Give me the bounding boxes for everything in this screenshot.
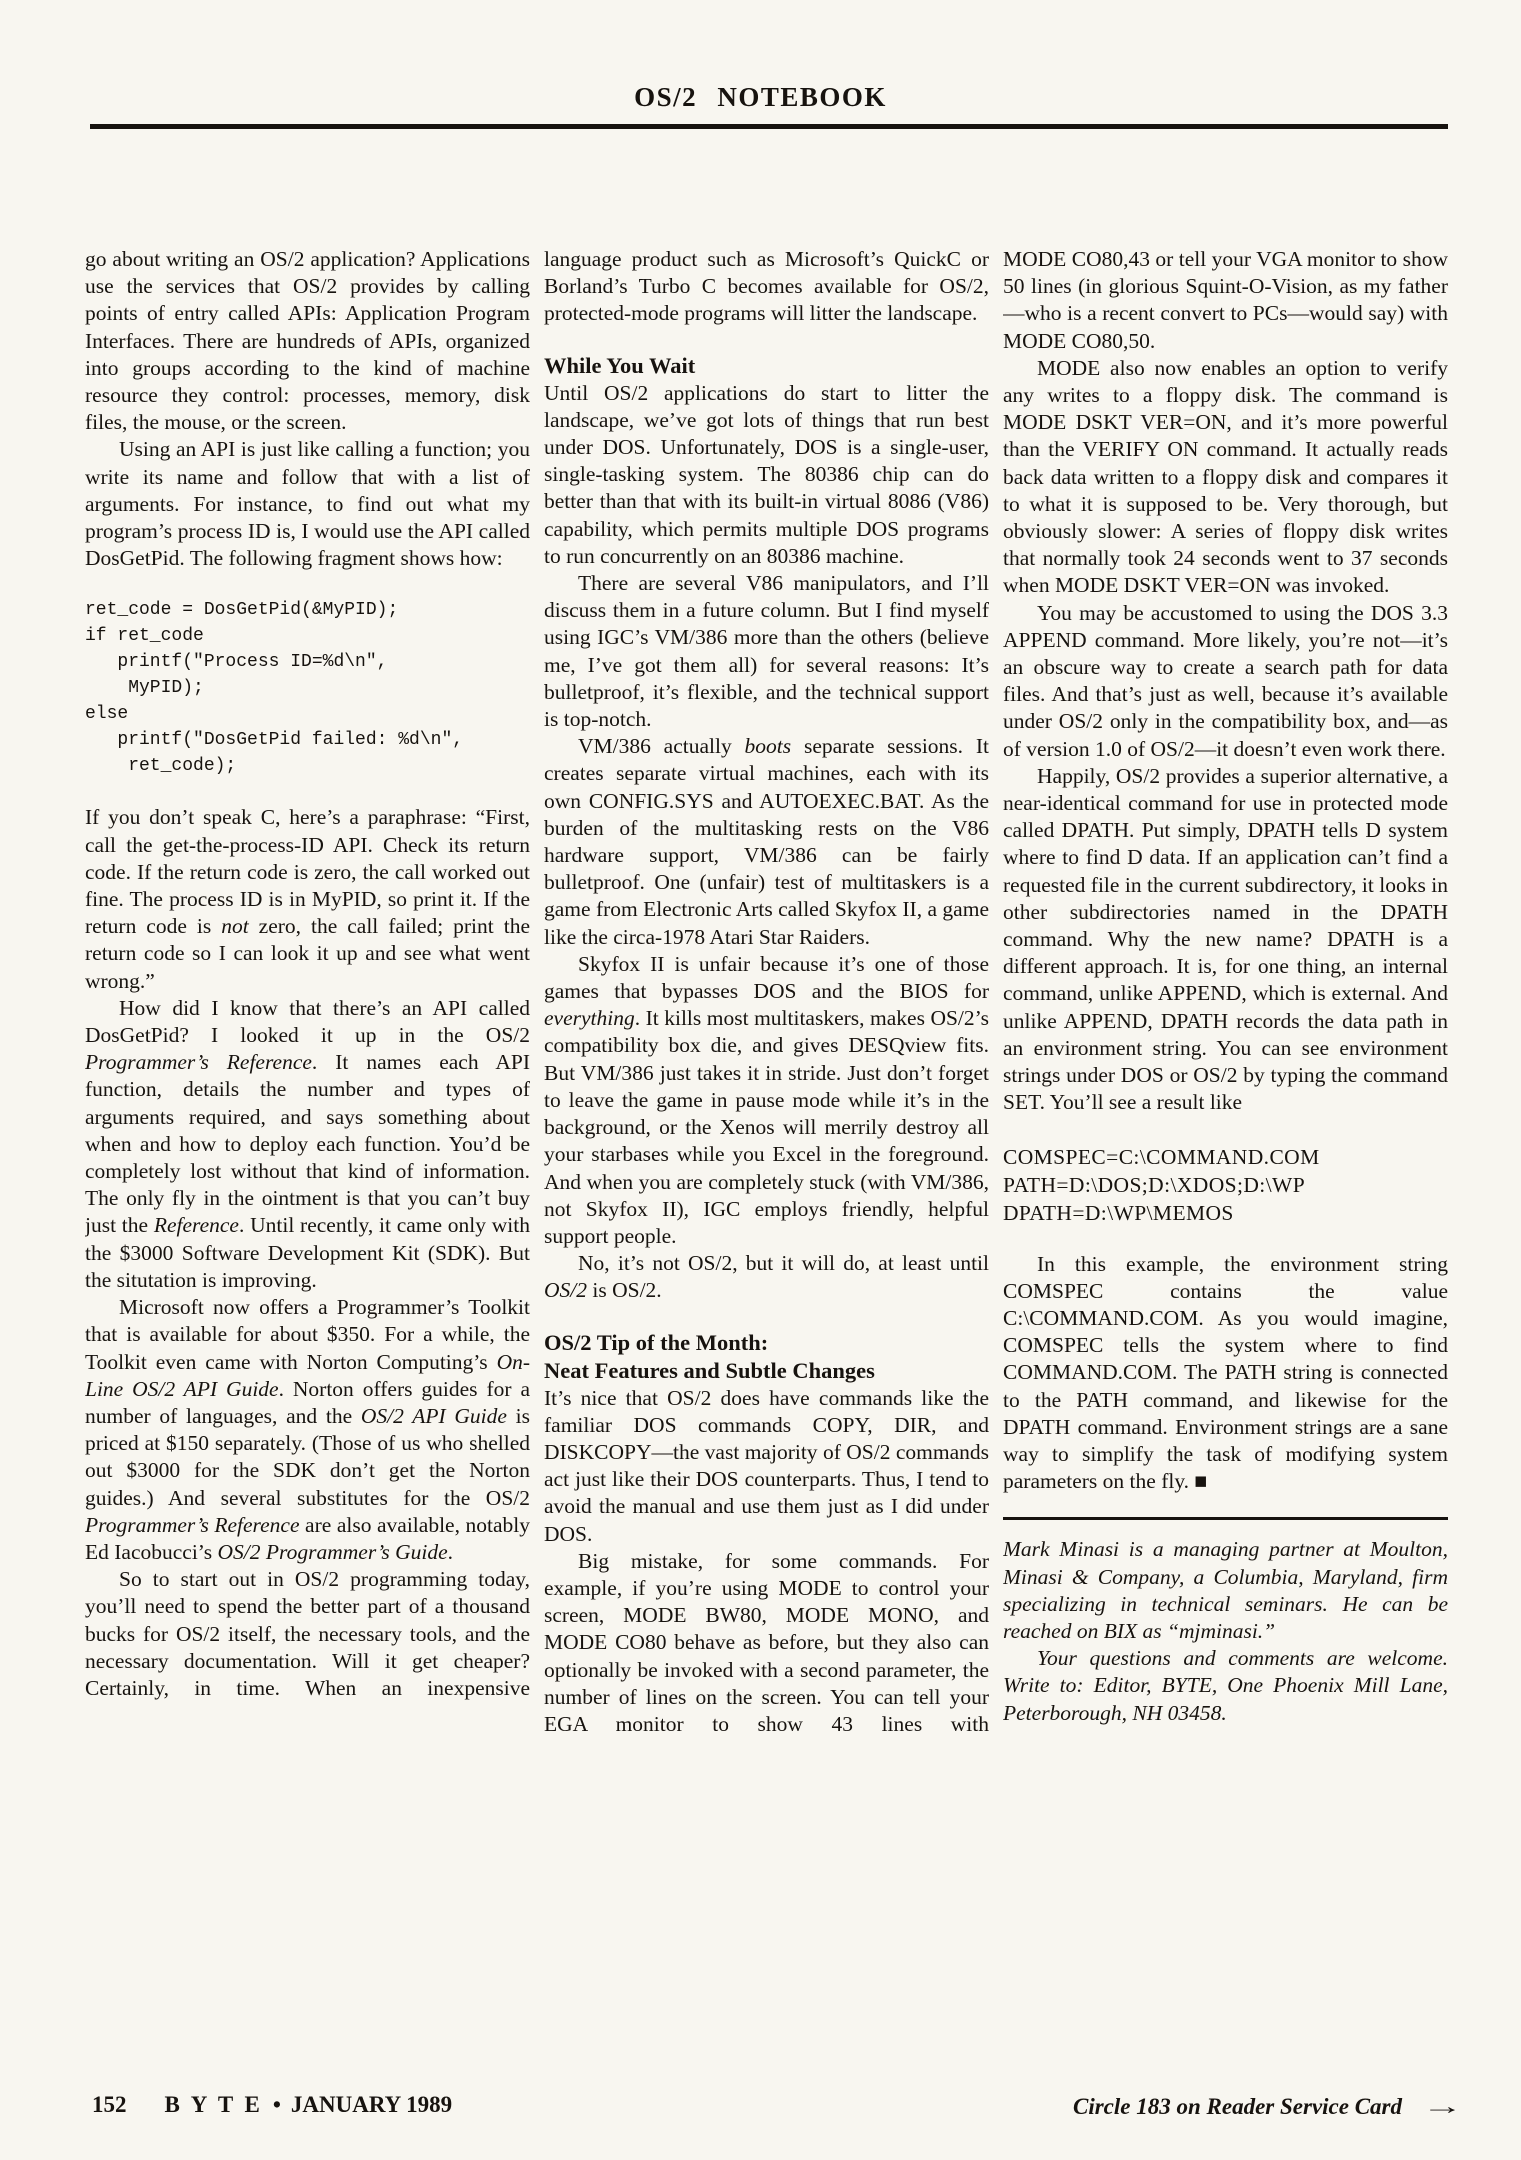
bio-divider bbox=[1003, 1517, 1448, 1520]
paragraph: If you don’t speak C, here’s a paraphras… bbox=[85, 804, 530, 994]
column-3: MODE CO80,43 or tell your VGA monitor to… bbox=[1003, 246, 1448, 2076]
footer-bullet: • bbox=[273, 2092, 281, 2117]
paragraph: Happily, OS/2 provides a superior altern… bbox=[1003, 763, 1448, 1117]
footer-issue-date: JANUARY 1989 bbox=[291, 2092, 452, 2117]
paragraph: Using an API is just like calling a func… bbox=[85, 436, 530, 572]
paragraph: In this example, the environment string … bbox=[1003, 1251, 1448, 1496]
paragraph: MODE also now enables an option to verif… bbox=[1003, 355, 1448, 600]
code-listing: ret_code = DosGetPid(&MyPID); if ret_cod… bbox=[85, 597, 530, 779]
masthead-rule bbox=[90, 124, 1448, 129]
paragraph: VM/386 actually boots separate sessions.… bbox=[544, 733, 989, 951]
column-2: language product such as Microsoft’s Qui… bbox=[544, 246, 989, 2076]
paragraph: Until OS/2 applications do start to litt… bbox=[544, 380, 989, 570]
footer-magazine-name: B Y T E bbox=[165, 2092, 263, 2117]
environment-strings-listing: COMSPEC=C:\COMMAND.COM PATH=D:\DOS;D:\XD… bbox=[1003, 1143, 1448, 1227]
reader-service-line: Circle 183 on Reader Service Card→ bbox=[1073, 2094, 1445, 2120]
paragraph: You may be accustomed to using the DOS 3… bbox=[1003, 600, 1448, 763]
section-heading-while-you-wait: While You Wait bbox=[544, 352, 989, 380]
masthead-title: OS/2 NOTEBOOK bbox=[0, 82, 1521, 113]
paragraph: There are several V86 manipulators, and … bbox=[544, 570, 989, 733]
editor-note: Your questions and comments are welcome.… bbox=[1003, 1645, 1448, 1727]
author-bio: Mark Minasi is a managing partner at Mou… bbox=[1003, 1536, 1448, 1645]
magazine-page: OS/2 NOTEBOOK go about writing an OS/2 a… bbox=[0, 0, 1521, 2160]
column-1: go about writing an OS/2 application? Ap… bbox=[85, 246, 530, 2076]
paragraph: It’s nice that OS/2 does have commands l… bbox=[544, 1385, 989, 1548]
paragraph: So to start out in OS/2 programming toda… bbox=[85, 1566, 530, 1702]
article-body: go about writing an OS/2 application? Ap… bbox=[85, 246, 1449, 2076]
paragraph: Skyfox II is unfair because it’s one of … bbox=[544, 951, 989, 1250]
footer-folio: 152B Y T E•JANUARY 1989 bbox=[92, 2092, 452, 2118]
paragraph: go about writing an OS/2 application? Ap… bbox=[85, 246, 530, 436]
reader-service-text: Circle 183 on Reader Service Card bbox=[1073, 2094, 1402, 2119]
paragraph: MODE CO80,43 or tell your VGA monitor to… bbox=[1003, 246, 1448, 355]
section-heading-tip-line-2: Neat Features and Subtle Changes bbox=[544, 1357, 989, 1385]
footer-page-number: 152 bbox=[92, 2092, 127, 2117]
paragraph: Big mistake, for some commands. For exam… bbox=[544, 1548, 989, 1738]
paragraph: No, it’s not OS/2, but it will do, at le… bbox=[544, 1250, 989, 1304]
paragraph: language product such as Microsoft’s Qui… bbox=[544, 246, 989, 328]
section-heading-tip-line-1: OS/2 Tip of the Month: bbox=[544, 1329, 989, 1357]
paragraph: Microsoft now offers a Programmer’s Tool… bbox=[85, 1294, 530, 1566]
right-arrow-icon: → bbox=[1422, 2094, 1463, 2120]
paragraph: How did I know that there’s an API calle… bbox=[85, 995, 530, 1294]
